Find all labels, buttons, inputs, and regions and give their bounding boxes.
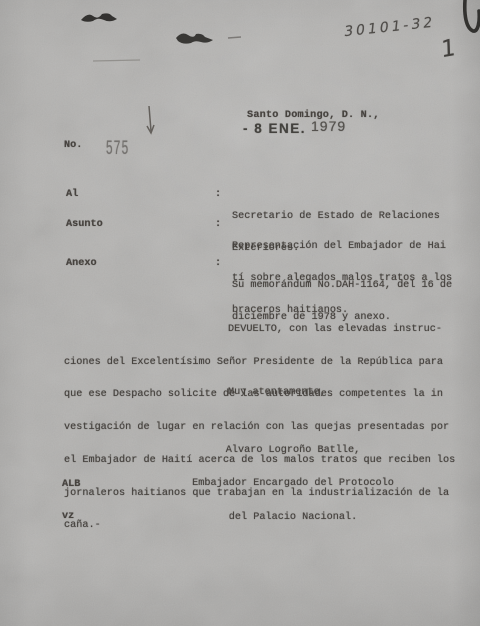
handwritten-file-number: 30101-32 — [343, 14, 436, 40]
ink-dash-mark — [228, 37, 241, 38]
field-al-label: Al — [66, 190, 78, 201]
field-al-separator: : — [215, 190, 221, 201]
field-anexo-label: Anexo — [66, 259, 97, 270]
initials-line: vz — [62, 512, 86, 523]
date-stamp-day-month: - 8 ENE. — [243, 121, 306, 136]
body-line: ciones del Excelentísimo Señor President… — [64, 358, 460, 369]
field-anexo-separator: : — [215, 259, 221, 270]
stamped-document-number: 575 — [106, 138, 129, 160]
body-line: DEVUELTO, con las elevadas instruc- — [64, 325, 460, 336]
signatory-name: Alvaro Logroño Batlle, — [190, 445, 396, 457]
signatory-title: Embajador Encargado del Protocolo — [190, 478, 396, 490]
typist-initials: ALB vz — [62, 458, 86, 545]
handwritten-page-number: 1 — [441, 35, 456, 64]
date-stamp-year: 1979 — [311, 118, 346, 134]
corner-pen-mark — [465, 0, 479, 31]
field-anexo-line: Su memorándum No.DAH-1164, del 16 de — [232, 281, 452, 291]
ink-blot-mark-2 — [176, 34, 213, 44]
field-asunto-label: Asunto — [66, 220, 103, 231]
scanned-letter-page: 30101-32 1 Santo Domingo, D. N., - 8 ENE… — [0, 0, 480, 626]
number-label: No. — [64, 141, 82, 152]
pencil-line-mark — [93, 60, 140, 61]
field-asunto-line: Representación del Embajador de Hai — [232, 242, 452, 252]
signatory-title: del Palacio Nacional. — [190, 512, 396, 524]
handwritten-arrow-icon — [147, 106, 154, 133]
signature-block: Alvaro Logroño Batlle, Embajador Encarga… — [190, 423, 396, 545]
initials-line: ALB — [62, 480, 86, 491]
field-asunto-separator: : — [215, 220, 221, 231]
closing-salutation: Muy atentamente, — [228, 388, 326, 399]
date-stamp: - 8 ENE. 1979 — [243, 121, 346, 137]
ink-blot-mark-1 — [81, 13, 117, 21]
